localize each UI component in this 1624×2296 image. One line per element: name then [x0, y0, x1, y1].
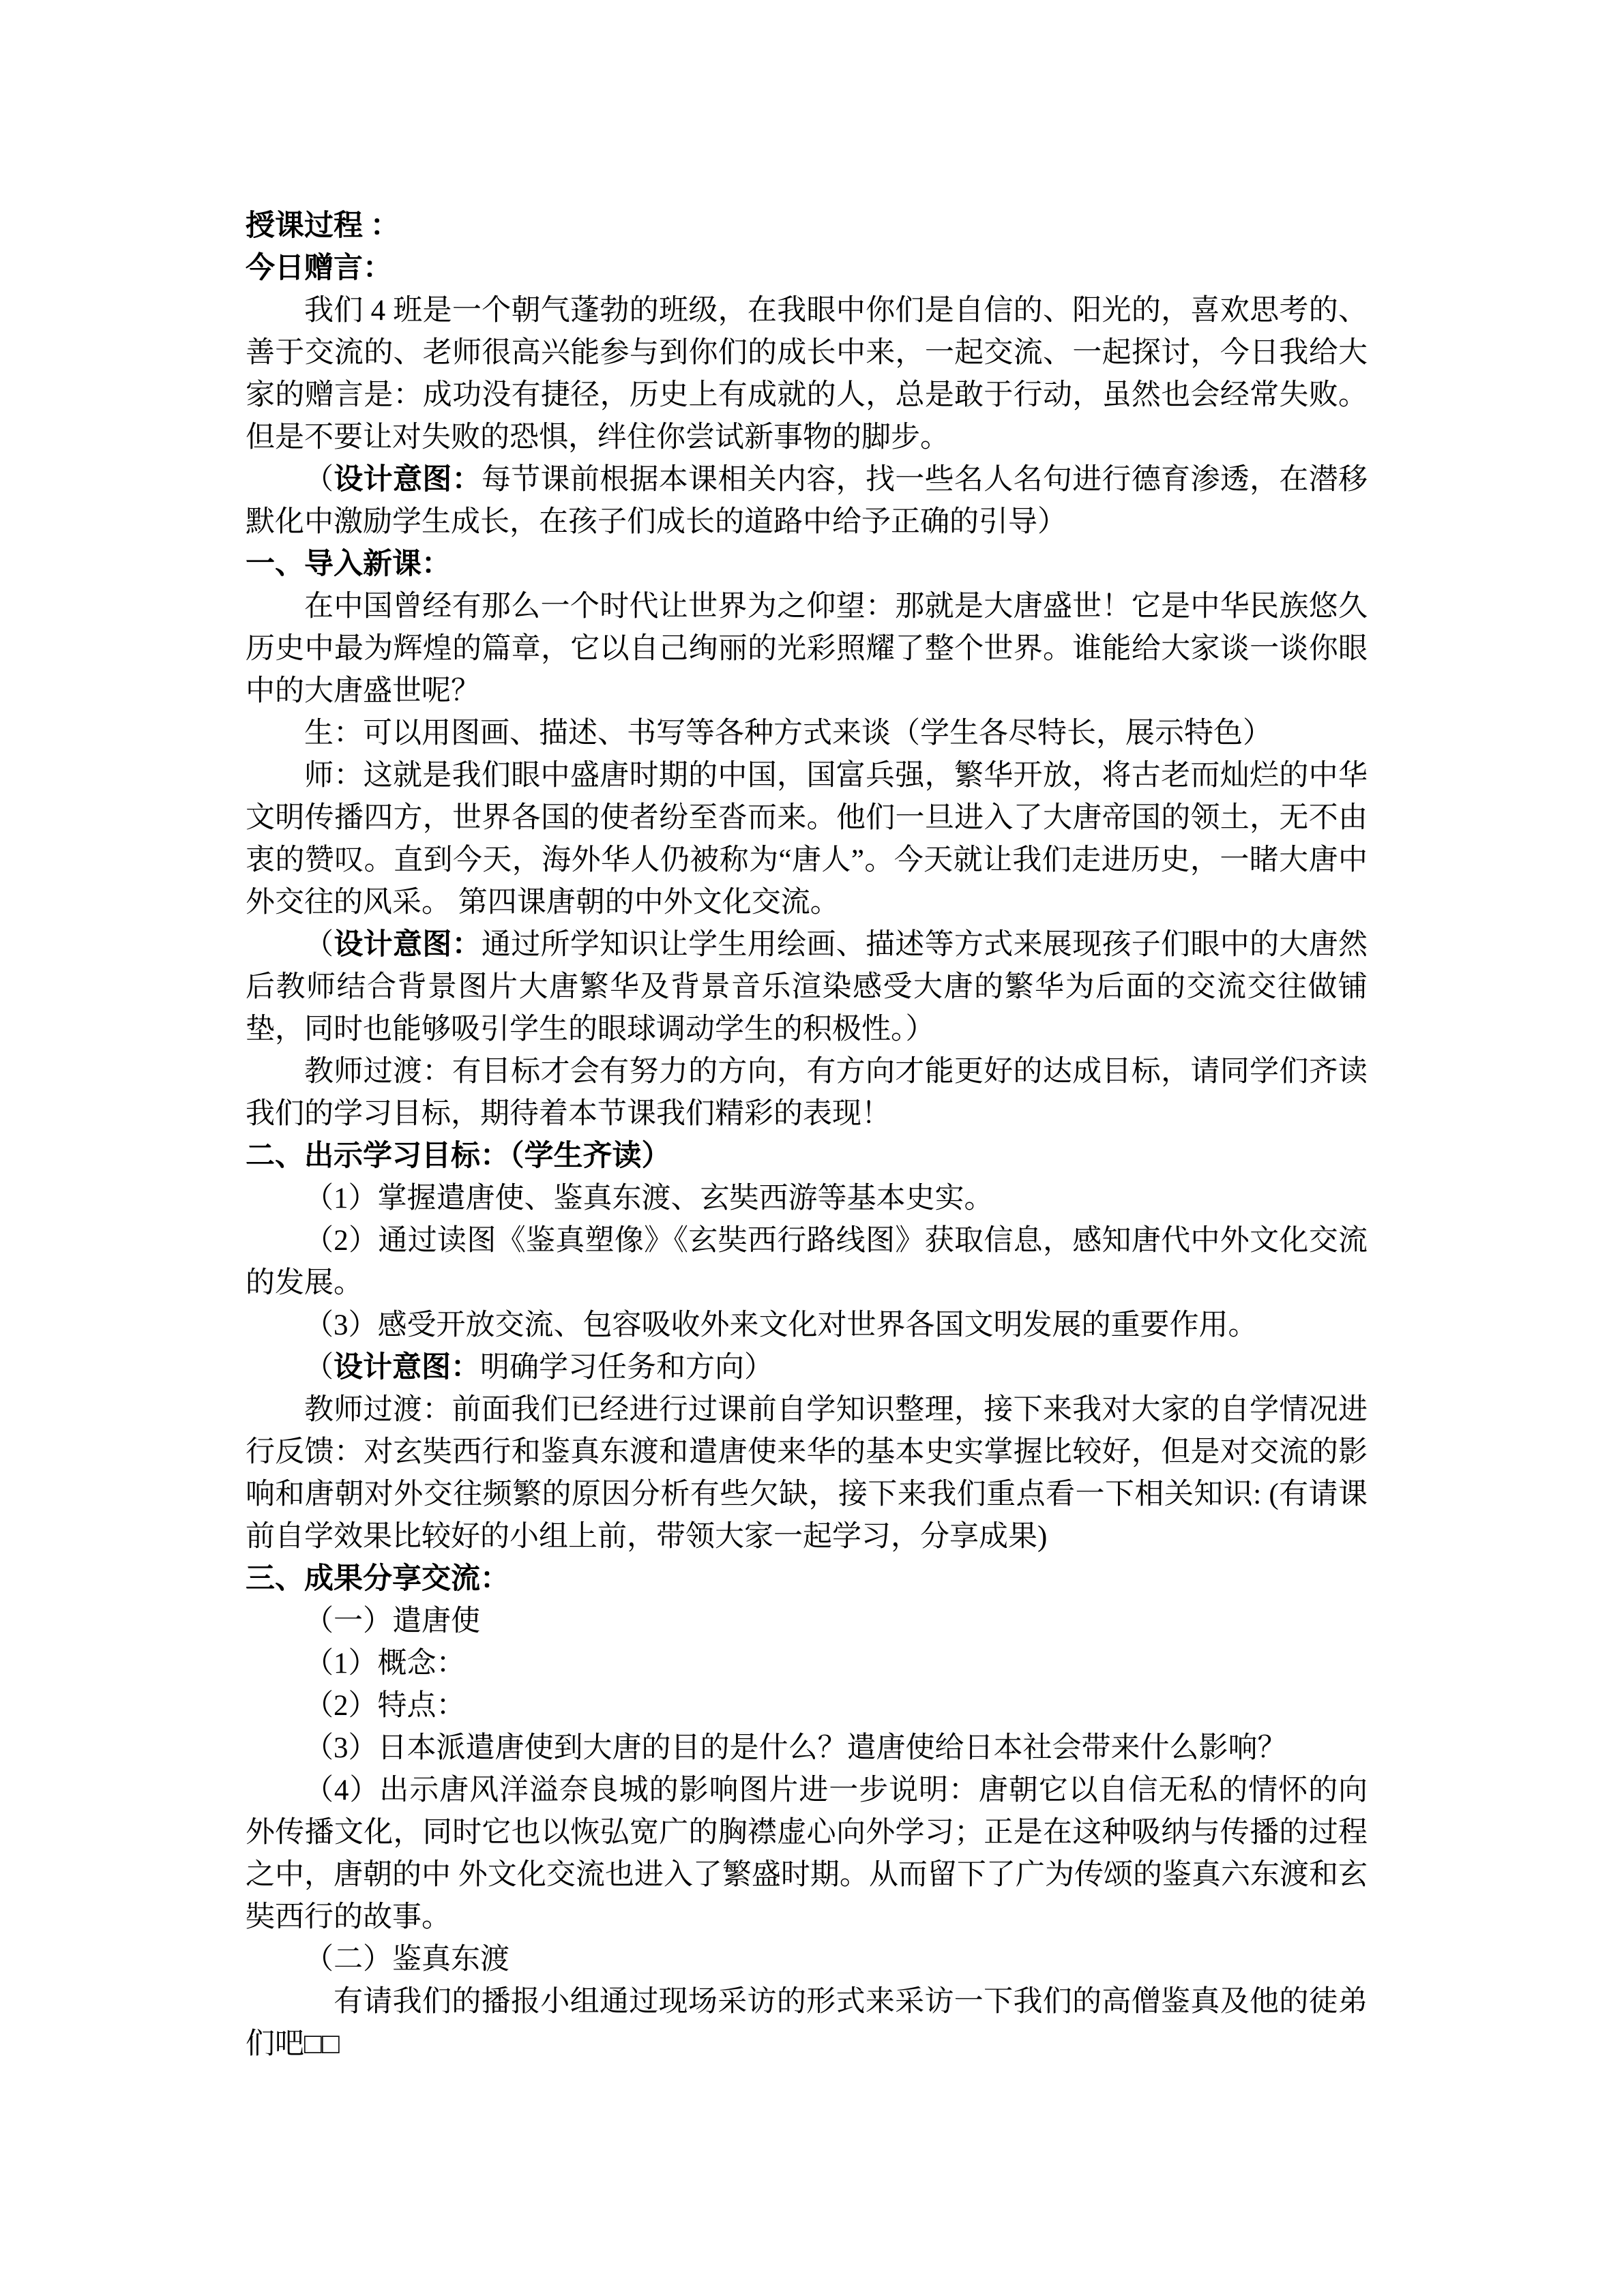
- document-body: 授课过程 ：今日赠言：我们 4 班是一个朝气蓬勃的班级，在我眼中你们是自信的、阳…: [246, 205, 1368, 2066]
- bold-text-run: 设计意图：: [334, 929, 482, 961]
- paragraph-lead-in-intro: 在中国曾经有那么一个时代让世界为之仰望：那就是大唐盛世！它是中华民族悠久历史中最…: [246, 586, 1368, 713]
- paragraph-teacher-response: 师：这就是我们眼中盛唐时期的中国，国富兵强，繁华开放，将古老而灿烂的中华文明传播…: [246, 755, 1368, 924]
- text-run: 在中国曾经有那么一个时代让世界为之仰望：那就是大唐盛世！它是中华民族悠久历史中最…: [246, 591, 1368, 707]
- text-run: （1）概念：: [304, 1648, 466, 1680]
- bold-text-run: 设计意图：: [334, 1352, 480, 1384]
- paragraph-design-intent-2: （设计意图：通过所学知识让学生用绘画、描述等方式来展现孩子们眼中的大唐然后教师结…: [246, 924, 1368, 1051]
- text-run: （2）特点：: [304, 1690, 466, 1722]
- bold-text-run: 今日赠言：: [246, 252, 392, 284]
- paragraph-envoys-question: （3）日本派遣唐使到大唐的目的是什么？遣唐使给日本社会带来什么影响？: [246, 1727, 1368, 1770]
- bold-text-run: 二、出示学习目标：（学生齐读）: [246, 1140, 671, 1172]
- paragraph-design-intent-3: （设计意图：明确学习任务和方向）: [246, 1347, 1368, 1389]
- heading-section-2-learning-goals: 二、出示学习目标：（学生齐读）: [246, 1135, 1368, 1178]
- heading-daily-message: 今日赠言：: [246, 248, 1368, 290]
- text-run: 我们 4 班是一个朝气蓬勃的班级，在我眼中你们是自信的、阳光的，喜欢思考的、善于…: [246, 295, 1368, 453]
- text-run: 明确学习任务和方向）: [480, 1352, 773, 1384]
- text-run: 师：这就是我们眼中盛唐时期的中国，国富兵强，繁华开放，将古老而灿烂的中华文明传播…: [246, 760, 1368, 919]
- text-run: （一）遣唐使: [304, 1605, 480, 1637]
- paragraph-goal-3: （3）感受开放交流、包容吸收外来文化对世界各国文明发展的重要作用。: [246, 1304, 1368, 1347]
- text-run: （二）鉴真东渡: [304, 1943, 510, 1976]
- paragraph-goal-1: （1）掌握遣唐使、鉴真东渡、玄奘西游等基本史实。: [246, 1178, 1368, 1220]
- heading-teaching-process: 授课过程 ：: [246, 205, 1368, 248]
- text-run: 教师过渡：有目标才会有努力的方向，有方向才能更好的达成目标，请同学们齐读我们的学…: [246, 1056, 1368, 1130]
- paragraph-envoys-concept: （1）概念：: [246, 1643, 1368, 1685]
- text-run: （: [304, 1352, 334, 1384]
- bold-text-run: 设计意图：: [334, 464, 482, 496]
- text-run: （4）出示唐风洋溢奈良城的影响图片进一步说明：唐朝它以自信无私的情怀的向外传播文…: [246, 1774, 1368, 1933]
- paragraph-jianzhen-interview: 有请我们的播报小组通过现场采访的形式来采访一下我们的高僧鉴真及他的徒弟们吧□□: [246, 1981, 1368, 2066]
- paragraph-goal-2: （2）通过读图《鉴真塑像》《玄奘西行路线图》获取信息，感知唐代中外文化交流的发展…: [246, 1220, 1368, 1304]
- heading-section-1-lead-in: 一、导入新课：: [246, 543, 1368, 586]
- bold-text-run: 一、导入新课：: [246, 548, 451, 580]
- text-run: （2）通过读图《鉴真塑像》《玄奘西行路线图》获取信息，感知唐代中外文化交流的发展…: [246, 1225, 1368, 1299]
- paragraph-envoys-features: （2）特点：: [246, 1685, 1368, 1727]
- paragraph-topic-1-envoys: （一）遣唐使: [246, 1600, 1368, 1643]
- text-run: （3）感受开放交流、包容吸收外来文化对世界各国文明发展的重要作用。: [304, 1309, 1258, 1341]
- paragraph-design-intent-1: （设计意图：每节课前根据本课相关内容，找一些名人名句进行德育渗透，在潜移默化中激…: [246, 459, 1368, 543]
- paragraph-teacher-transition-1: 教师过渡：有目标才会有努力的方向，有方向才能更好的达成目标，请同学们齐读我们的学…: [246, 1051, 1368, 1135]
- text-run: 生：可以用图画、描述、书写等各种方式来谈（学生各尽特长，展示特色）: [304, 717, 1272, 749]
- text-run: （3）日本派遣唐使到大唐的目的是什么？遣唐使给日本社会带来什么影响？: [304, 1732, 1287, 1764]
- paragraph-topic-2-jianzhen: （二）鉴真东渡: [246, 1939, 1368, 1981]
- paragraph-student-response: 生：可以用图画、描述、书写等各种方式来谈（学生各尽特长，展示特色）: [246, 713, 1368, 755]
- text-run: （1）掌握遣唐使、鉴真东渡、玄奘西游等基本史实。: [304, 1182, 994, 1214]
- text-run: 教师过渡：前面我们已经进行过课前自学知识整理，接下来我对大家的自学情况进行反馈：…: [246, 1394, 1368, 1553]
- bold-text-run: 授课过程 ：: [246, 210, 400, 242]
- bold-text-run: 三、成果分享交流：: [246, 1563, 510, 1595]
- paragraph-daily-message-body: 我们 4 班是一个朝气蓬勃的班级，在我眼中你们是自信的、阳光的，喜欢思考的、善于…: [246, 290, 1368, 459]
- text-run: （: [304, 929, 334, 961]
- document-page: 授课过程 ：今日赠言：我们 4 班是一个朝气蓬勃的班级，在我眼中你们是自信的、阳…: [0, 0, 1624, 2296]
- text-run: 有请我们的播报小组通过现场采访的形式来采访一下我们的高僧鉴真及他的徒弟们吧□□: [246, 1986, 1368, 2060]
- text-run: （: [304, 464, 334, 496]
- paragraph-envoys-nara-influence: （4）出示唐风洋溢奈良城的影响图片进一步说明：唐朝它以自信无私的情怀的向外传播文…: [246, 1770, 1368, 1939]
- paragraph-teacher-transition-2: 教师过渡：前面我们已经进行过课前自学知识整理，接下来我对大家的自学情况进行反馈：…: [246, 1389, 1368, 1558]
- heading-section-3-sharing: 三、成果分享交流：: [246, 1558, 1368, 1600]
